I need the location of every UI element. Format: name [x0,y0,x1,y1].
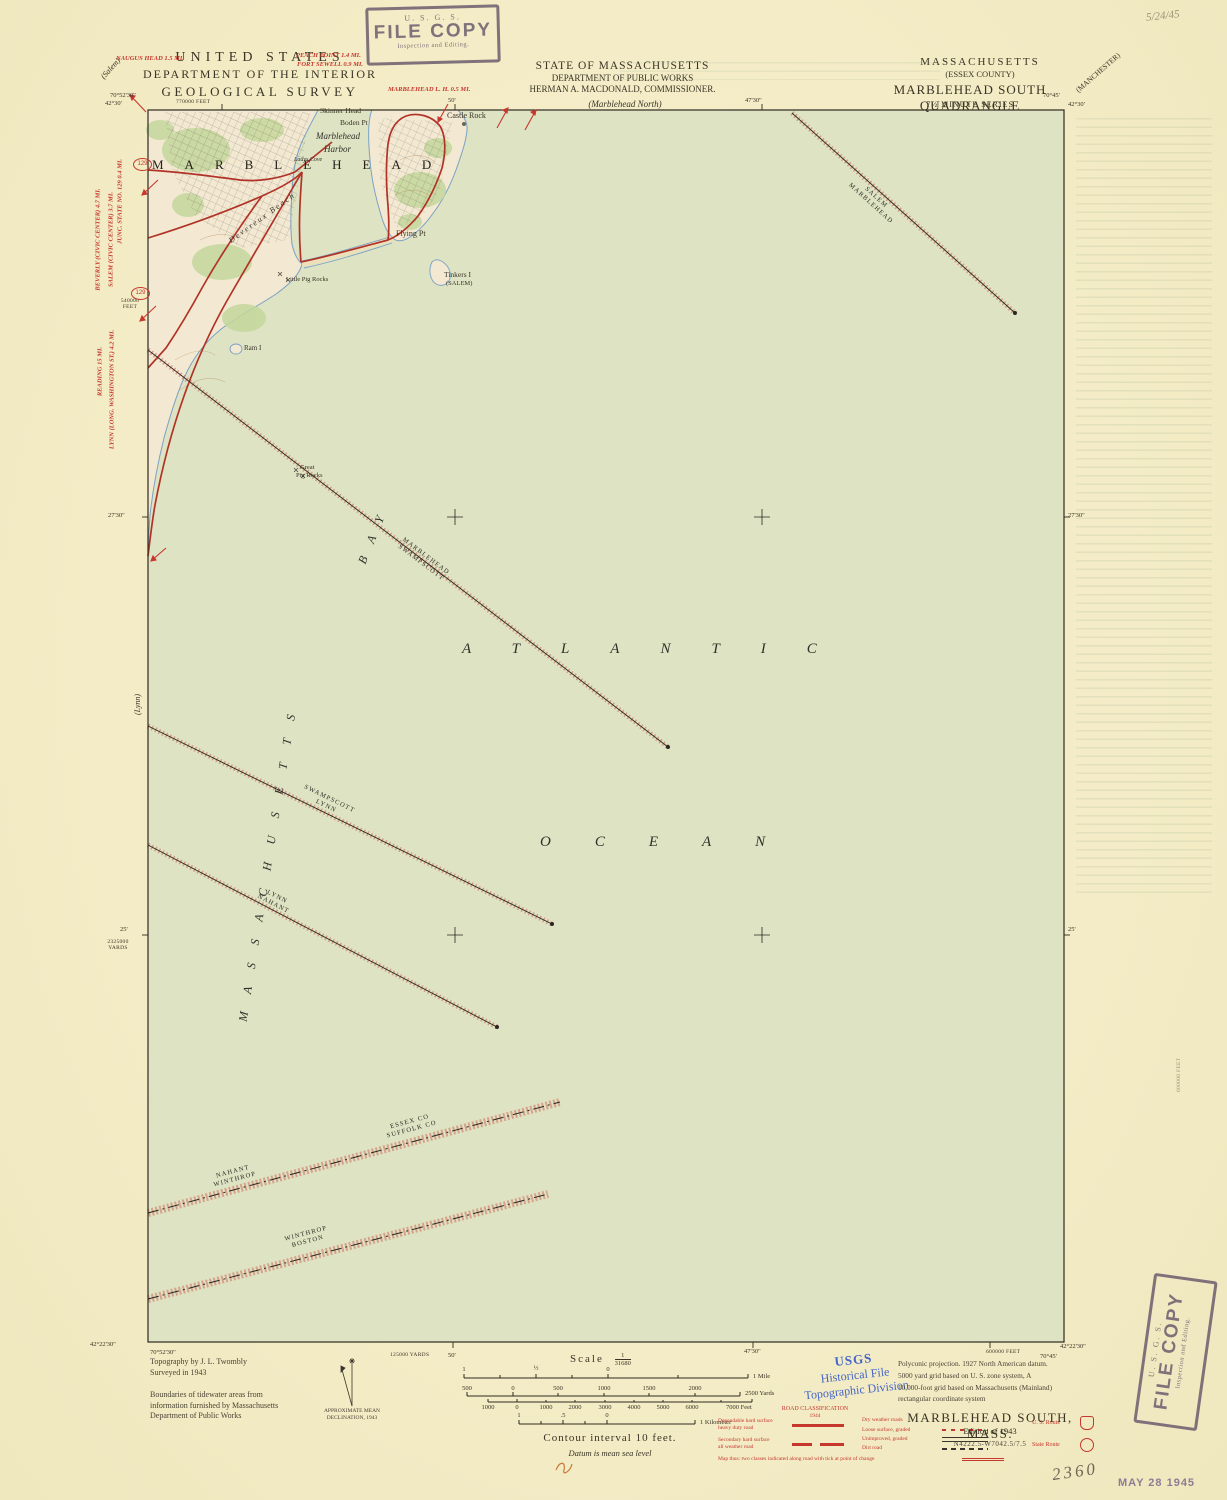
scalebar-label: 7000 Feet [726,1404,752,1411]
edge-tick-label: 25' [1068,926,1076,933]
edge-tick-label: 50' [448,1352,456,1359]
scalebar-label: 3000 [599,1404,612,1411]
credit-line: information furnished by Massachusetts [150,1401,278,1412]
sheet-edition: Edition of 1943 [890,1426,1090,1436]
scalebar-label: 1000 [540,1404,553,1411]
grid-label: 600000 FEET [986,1349,1020,1355]
adjoining-quad-west: (Lynn) [133,694,142,715]
scalebar-label: 0 [606,1366,609,1373]
projection-line: 10,000-foot grid based on Massachusetts … [898,1382,1052,1393]
state-line: STATE OF MASSACHUSETTS [525,60,720,72]
corner-coord: 42°22'30'' [90,1341,116,1348]
edge-tick-label: 47'30'' [744,1348,761,1355]
scalebar-label: 1000 [598,1385,611,1392]
declination-line: DECLINATION, 1943 [312,1415,392,1422]
water-label-harbor: Harbor [324,144,351,154]
scalebar-label: 1500 [643,1385,656,1392]
credit-topography: Topography by J. L. Twombly Surveyed in … [150,1357,247,1378]
road-class-note: Map thus: two classes indicated along ro… [718,1456,874,1463]
edge-tick-label: 27'30'' [108,512,125,519]
credit-line: Surveyed in 1943 [150,1368,247,1379]
road-class-year: 1944 [765,1413,865,1420]
rocks-label: Little Pig Rocks [286,276,328,283]
stamp-line: FILE COPY [369,20,497,43]
sheet-reference-number: N4222.5-W7042.5/7.5 [890,1440,1090,1448]
road-class-item: heavy duty road [718,1425,753,1432]
credit-line: Boundaries of tidewater areas from [150,1390,278,1401]
edge-tick-label: 27'30'' [1068,512,1085,519]
distance-note-naugus: NAUGUS HEAD 1.5 MI. [116,55,184,62]
road-sample-heavy-duty [792,1424,844,1427]
island-label: Tinkers I [444,270,471,279]
scalebar-label: 6000 [686,1404,699,1411]
scalebar-label: 0 [515,1404,518,1411]
water-label-harbor: Marblehead [316,131,360,141]
declination-diagram [341,1358,355,1406]
region-line: MASSACHUSETTS [915,56,1045,68]
edge-tick-label: 47'30'' [745,97,762,104]
projection-line: rectangular coordinate system [898,1393,1052,1404]
scalebar-label: 0 [511,1385,514,1392]
projection-line: 5000 yard grid based on U. S. zone syste… [898,1370,1052,1382]
grid-label: 770000 FEET [176,99,210,105]
scalebar-label: 2000 [569,1404,582,1411]
scale-statement: Scale 1 31680 [570,1352,631,1367]
road-sample-dirt [942,1448,988,1450]
rocks-label: Pig Rocks [296,472,323,479]
region-line: (ESSEX COUNTY) [915,69,1045,79]
road-class-item: Dependable hard surface [718,1418,773,1425]
projection-notes: Polyconic projection. 1927 North America… [898,1358,1052,1404]
state-title-block: STATE OF MASSACHUSETTS DEPARTMENT OF PUB… [525,60,720,94]
edge-tick-label: 25' [120,926,128,933]
distance-note-junc129: JUNC. STATE NO. 129 0.4 MI. [117,122,124,282]
state-line: DEPARTMENT OF PUBLIC WORKS [525,73,720,83]
agency-line: DEPARTMENT OF THE INTERIOR [140,67,380,82]
road-note-sample [962,1458,1004,1461]
scalebar-label: 500 [462,1385,472,1392]
ocean-name-atlantic: ATLANTIC [462,641,858,658]
scalebar-label: 1 [517,1412,520,1419]
quad-region-block: MASSACHUSETTS (ESSEX COUNTY) [915,56,1045,79]
state-route-shield: 129 [133,158,152,171]
place-label: Flying Pt [396,229,426,238]
grid-label: 125000 YARDS [390,1352,429,1358]
scalebar-label: 500 [553,1385,563,1392]
grid-label-line: YARDS [96,945,140,951]
map-graphics [0,0,1227,1500]
scale-denominator: 31680 [615,1360,631,1367]
map-sheet: UNITED STATES DEPARTMENT OF THE INTERIOR… [0,0,1227,1500]
quad-series: 7½ MINUTE SERIES [900,100,1040,109]
distance-note-reading: READING 15 MI. [97,327,104,417]
grid-label: 2325000 YARDS [96,939,140,951]
island-jurisdiction-label: (SALEM) [446,280,472,287]
place-label: Boden Pt [340,118,368,127]
edge-tick-label: 50' [448,97,456,104]
credit-boundaries: Boundaries of tidewater areas from infor… [150,1390,278,1422]
corner-coord: 42°30' [105,100,122,107]
scale-word: Scale [570,1353,604,1365]
pencil-mark [556,1463,572,1473]
credit-line: Topography by J. L. Twombly [150,1357,247,1368]
corner-coord: 70°45' [1043,92,1060,99]
distance-note-lighthouse: MARBLEHEAD L. H. 0.5 MI. [388,86,470,93]
grid-label: 600000 FEET [1176,1058,1182,1092]
road-class-item: Dirt road [862,1445,882,1452]
declination-line: APPROXIMATE MEAN [312,1408,392,1415]
island-label: Ram I [244,344,261,352]
credit-line: Department of Public Works [150,1411,278,1422]
distance-note-peach: PEACH POINT 1.4 MI. [296,52,361,59]
state-route-shield: 129 [131,287,150,300]
date-received-stamp: MAY 28 1945 [1118,1477,1195,1489]
scalebar-label: 1 [462,1366,465,1373]
scale-numerator: 1 [615,1352,631,1360]
scalebar-label: ½ [534,1365,539,1372]
distance-note-lynn: LYNN (LONG. WASHINGTON ST.) 4.2 MI. [109,305,116,475]
rocks-label: Great [300,464,314,471]
corner-coord: 42°22'30'' [1060,1343,1086,1350]
datum-note: Datum is mean sea level [520,1448,700,1458]
scalebar-label: 1 Mile [753,1373,770,1380]
adjoining-quad-north: (Marblehead North) [570,99,680,109]
distance-note-salem: SALEM (CIVIC CENTER) 3.7 MI. [108,155,115,325]
state-line: HERMAN A. MACDONALD, COMMISSIONER. [525,84,720,94]
scalebar-label: .5 [561,1412,566,1419]
grid-label-line: FEET [112,304,148,310]
scalebar-label: 4000 [628,1404,641,1411]
projection-line: Polyconic projection. 1927 North America… [898,1358,1052,1370]
road-class-item: all weather road [718,1444,753,1451]
place-label: Castle Rock [447,111,486,120]
scalebar-label: 2500 Yards [745,1390,774,1397]
contour-interval-note: Contour interval 10 feet. [510,1432,710,1444]
scalebar-label: 0 [605,1412,608,1419]
corner-coord: 70°52'30'' [110,92,136,99]
declination-caption: APPROXIMATE MEAN DECLINATION, 1943 [312,1408,392,1421]
corner-coord: 70°52'30'' [150,1349,176,1356]
water-label-cove: Ladys Cove [294,157,322,163]
road-class-title: ROAD CLASSIFICATION [765,1406,865,1413]
scalebar-label: 2000 [689,1385,702,1392]
place-label: Skinner Head [320,106,361,115]
scalebar-label: 5000 [657,1404,670,1411]
scalebar-label: 1000 [482,1404,495,1411]
file-copy-stamp-top: U. S. G. S. FILE COPY Inspection and Edi… [365,4,500,65]
agency-line: GEOLOGICAL SURVEY [140,84,380,100]
ocean-name-ocean: OCEAN [540,834,809,851]
distance-note-beverly: BEVERLY (CIVIC CENTER) 4.7 MI. [95,155,102,325]
corner-coord: 42°30' [1068,101,1085,108]
road-sample-secondary [792,1443,844,1446]
distance-note-fort: FORT SEWELL 0.9 MI. [297,61,363,68]
road-class-item: Secondary hard surface [718,1437,770,1444]
